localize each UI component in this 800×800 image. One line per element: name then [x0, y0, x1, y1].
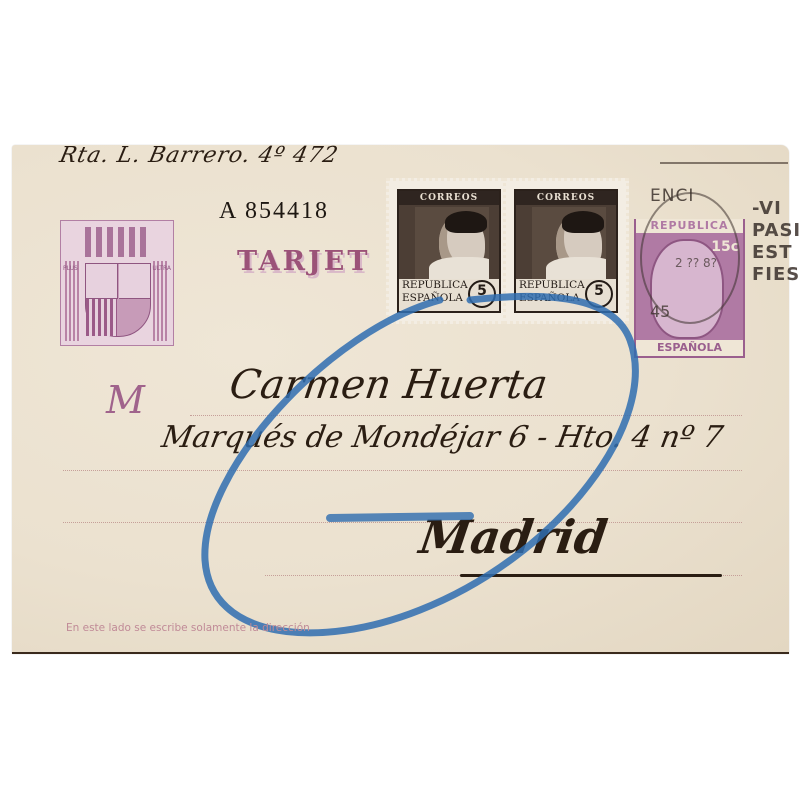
footnote: En este lado se escribe solamente la dir…	[66, 622, 310, 634]
blue-crayon-oval	[0, 0, 800, 800]
